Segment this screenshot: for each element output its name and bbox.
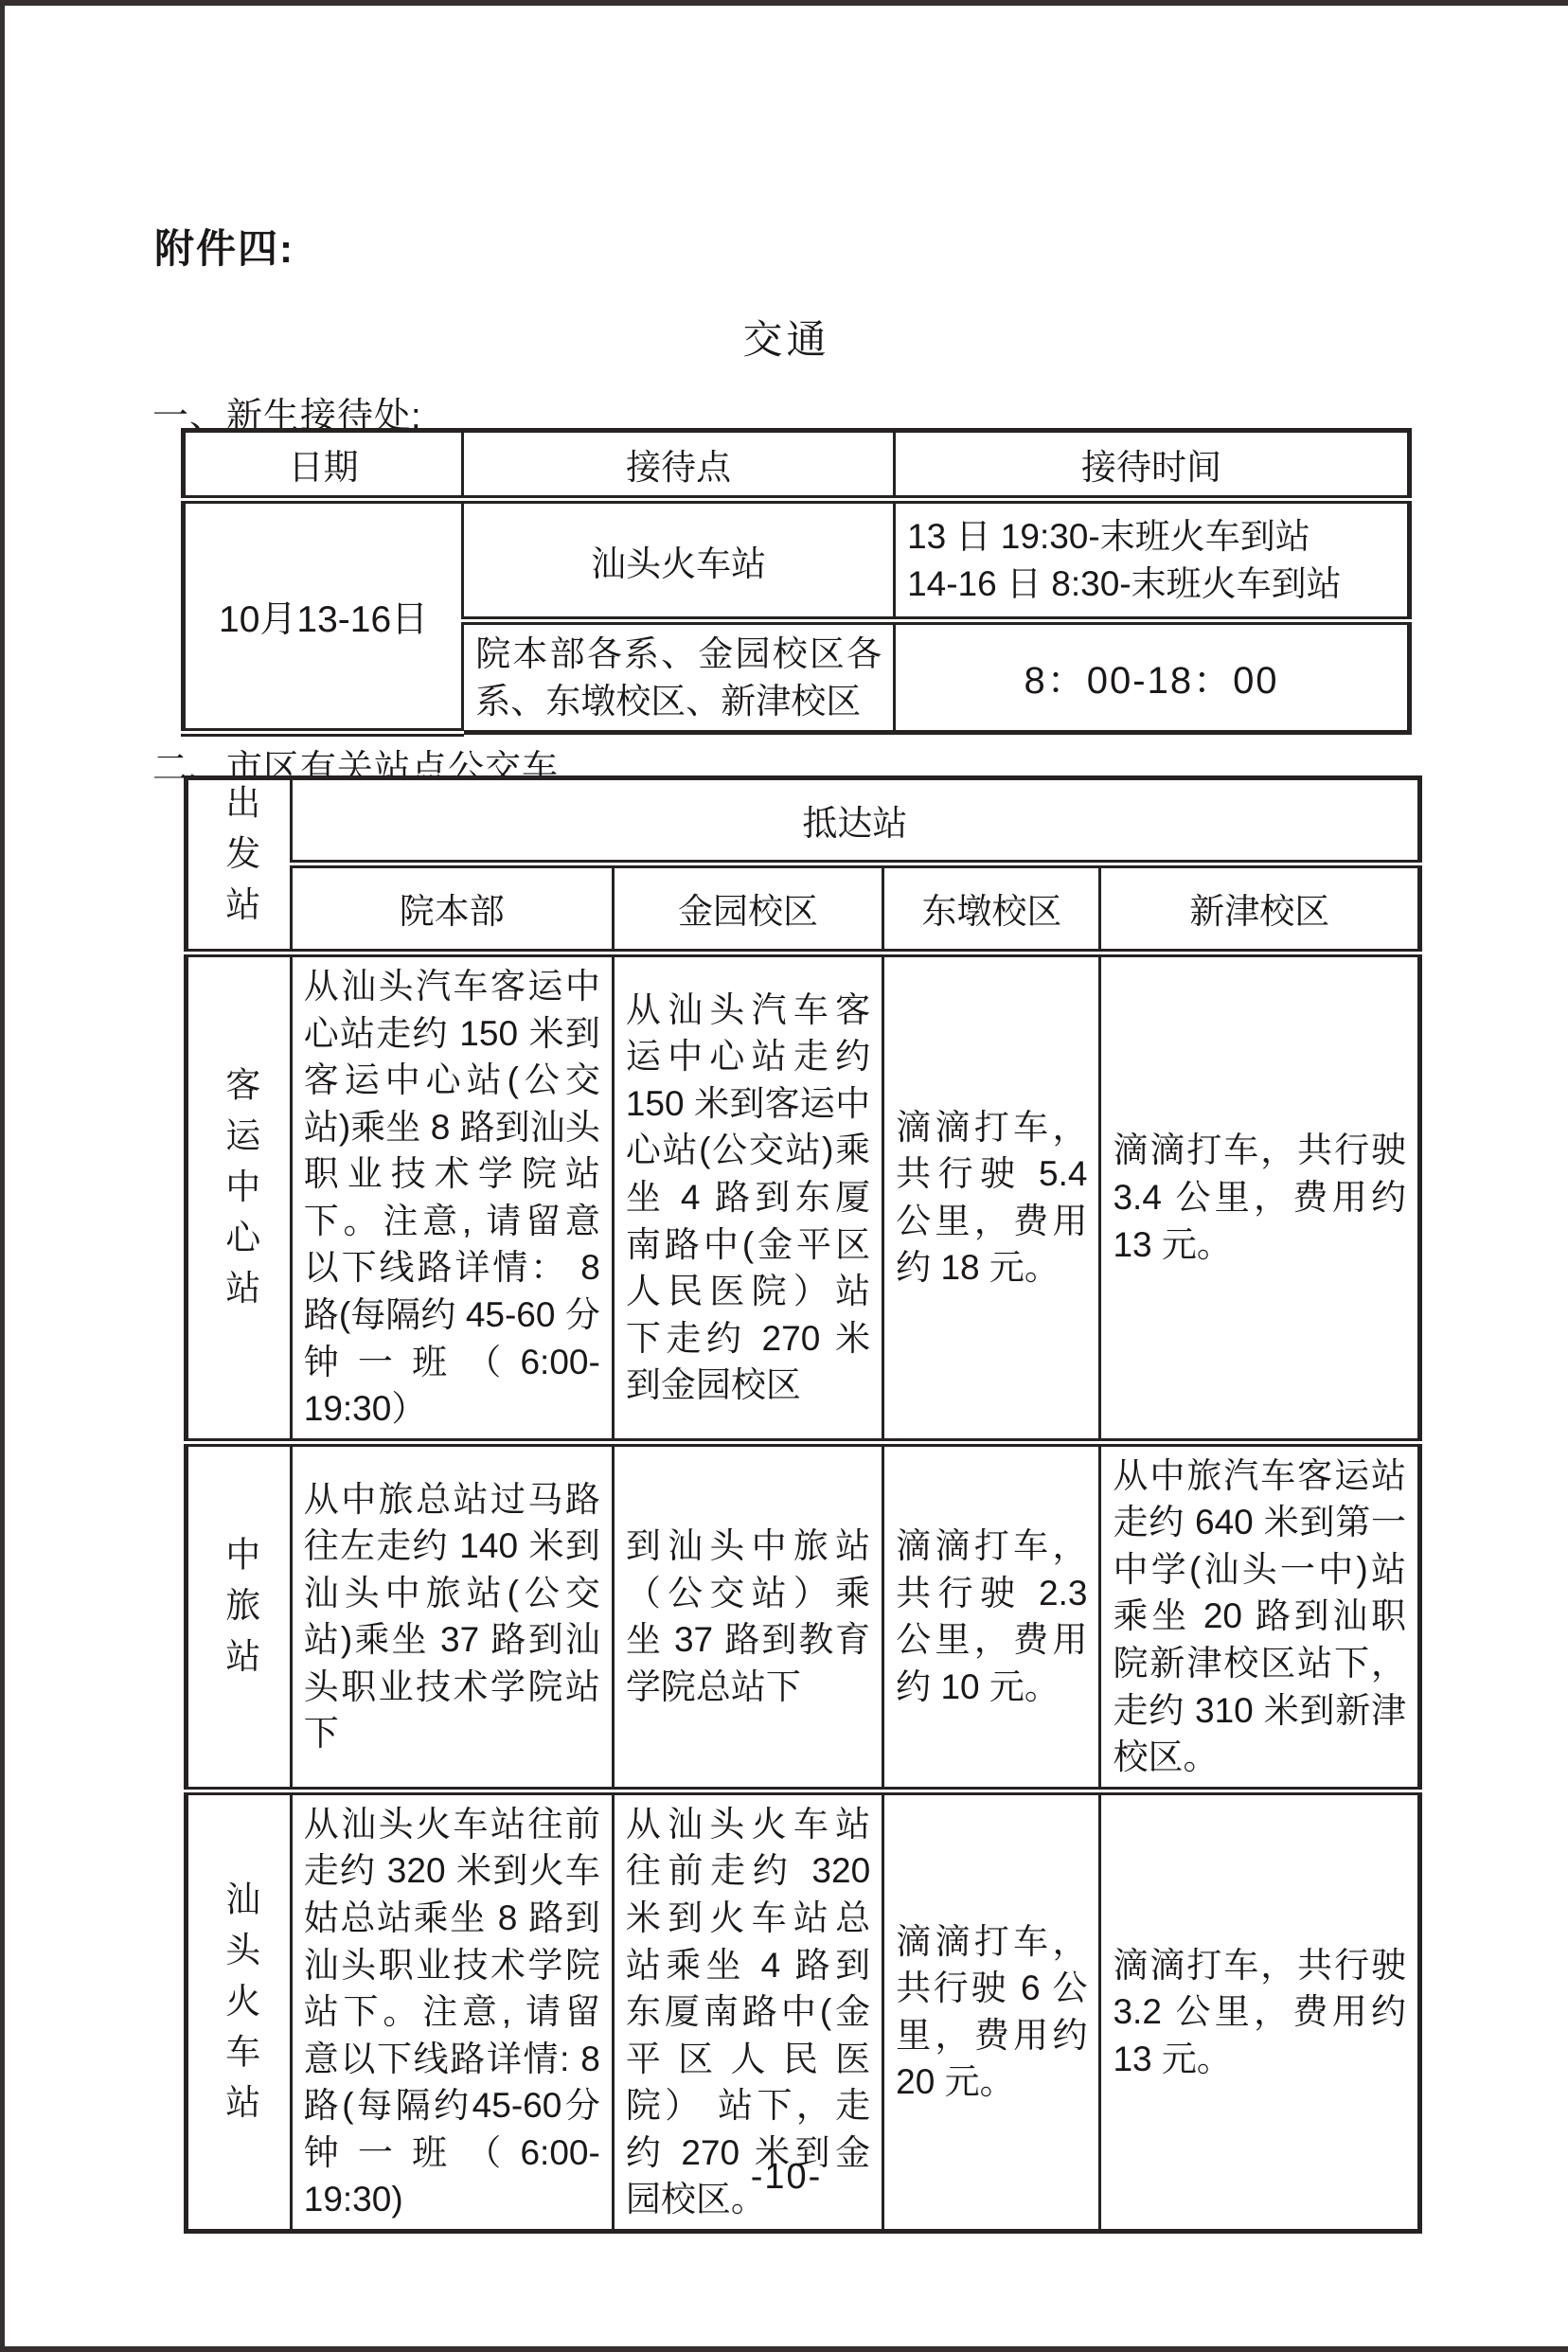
- reception-campuses-cell: 院本部各系、金园校区各系、东墩校区、新津校区: [463, 621, 895, 733]
- reception-point-cell: 汕头火车站: [463, 500, 895, 621]
- route-xinjin: 滴滴打车，共行驶 3.4 公里，费用约 13 元。: [1100, 953, 1420, 1442]
- reception-table: 日期 接待点 接待时间 10月13-16日 汕头火车站 13 日 19:30-末…: [181, 428, 1412, 737]
- origin-label: 中旅站: [220, 1536, 258, 1688]
- reception-col-time: 接待时间: [895, 431, 1410, 500]
- route-main-campus: 从汕头汽车客运中心站走约 150 米到客运中心站(公交站)乘坐 8 路到汕头职业…: [291, 953, 613, 1442]
- route-dongdun: 滴滴打车，共行驶 2.3 公里，费用约 10 元。: [883, 1442, 1100, 1791]
- bus-header-row-arrival: 出发站 抵达站: [187, 778, 1420, 864]
- reception-col-date: 日期: [184, 431, 463, 500]
- origin-cell: 客运中心站: [187, 953, 292, 1442]
- route-jinyuan: 到汕头中旅站（公交站）乘坐 37 路到教育学院总站下: [613, 1442, 882, 1791]
- origin-label: 汕头火车站: [220, 1880, 258, 2134]
- dest-col-main-campus: 院本部: [291, 864, 613, 953]
- origin-header-label: 出发站: [220, 784, 258, 936]
- page-number: -10-: [5, 2157, 1568, 2198]
- page-title: 交通: [5, 309, 1568, 365]
- dest-col-xinjin: 新津校区: [1100, 864, 1420, 953]
- reception-hours-cell: 8：00-18：00: [895, 621, 1410, 733]
- bus-row-cts-station: 中旅站 从中旅总站过马路往左走约 140 米到汕头中旅站(公交站)乘坐 37 路…: [187, 1442, 1420, 1791]
- bus-header-row-campuses: 院本部 金园校区 东墩校区 新津校区: [187, 864, 1420, 953]
- route-jinyuan: 从汕头汽车客运中心站走约 150 米到客运中心站(公交站)乘坐 4 路到东厦南路…: [613, 953, 882, 1442]
- document-page: 附件四: 交通 一、新生接待处: 日期 接待点 接待时间 10月13-16日 汕…: [0, 0, 1568, 2352]
- origin-cell: 中旅站: [187, 1442, 292, 1791]
- dest-col-jinyuan: 金园校区: [613, 864, 882, 953]
- dest-col-dongdun: 东墩校区: [883, 864, 1100, 953]
- time-line-2: 14-16 日 8:30-末班火车到站: [907, 561, 1396, 608]
- route-dongdun: 滴滴打车，共行驶 5.4 公里，费用约 18 元。: [883, 953, 1100, 1442]
- reception-row-train-station: 10月13-16日 汕头火车站 13 日 19:30-末班火车到站 14-16 …: [184, 500, 1410, 621]
- reception-header-row: 日期 接待点 接待时间: [184, 431, 1410, 500]
- reception-col-point: 接待点: [463, 431, 895, 500]
- arrival-header-cell: 抵达站: [291, 778, 1419, 864]
- route-xinjin: 从中旅汽车客运站走约 640 米到第一中学(汕头一中)站乘坐 20 路到汕职院新…: [1100, 1442, 1420, 1791]
- reception-time-cell: 13 日 19:30-末班火车到站 14-16 日 8:30-末班火车到站: [895, 500, 1410, 621]
- bus-routes-table: 出发站 抵达站 院本部 金园校区 东墩校区 新津校区 客运中心站 从汕头汽车客运…: [184, 775, 1422, 2234]
- origin-label: 客运中心站: [220, 1066, 258, 1320]
- time-line-1: 13 日 19:30-末班火车到站: [907, 513, 1396, 561]
- bus-row-passenger-center: 客运中心站 从汕头汽车客运中心站走约 150 米到客运中心站(公交站)乘坐 8 …: [187, 953, 1420, 1442]
- origin-header-cell: 出发站: [187, 778, 292, 953]
- attachment-label: 附件四:: [154, 218, 294, 275]
- reception-date-cell: 10月13-16日: [184, 500, 463, 733]
- route-main-campus: 从中旅总站过马路往左走约 140 米到汕头中旅站(公交站)乘坐 37 路到汕头职…: [291, 1442, 613, 1791]
